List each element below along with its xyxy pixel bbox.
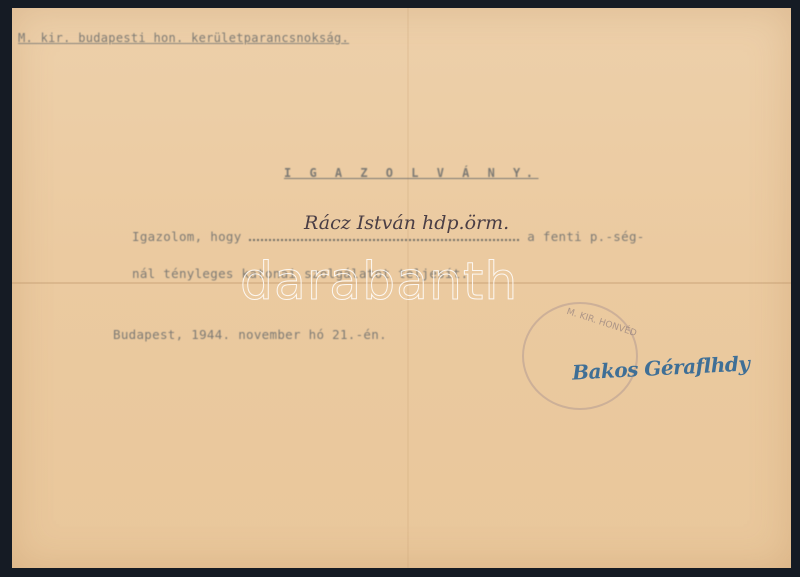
date-line: Budapest, 1944. november hó 21.-én. (113, 327, 387, 342)
watermark: darabanth (240, 252, 518, 312)
line1-prefix: Igazolom, hogy (132, 229, 242, 244)
document-title: I G A Z O L V Á N Y. (284, 166, 539, 180)
handwritten-name: Rácz István hdp.örm. (304, 212, 509, 234)
document-header: M. kir. budapesti hon. kerületparancsnok… (18, 31, 349, 45)
line1-suffix: a fenti p.-ség- (527, 229, 644, 244)
